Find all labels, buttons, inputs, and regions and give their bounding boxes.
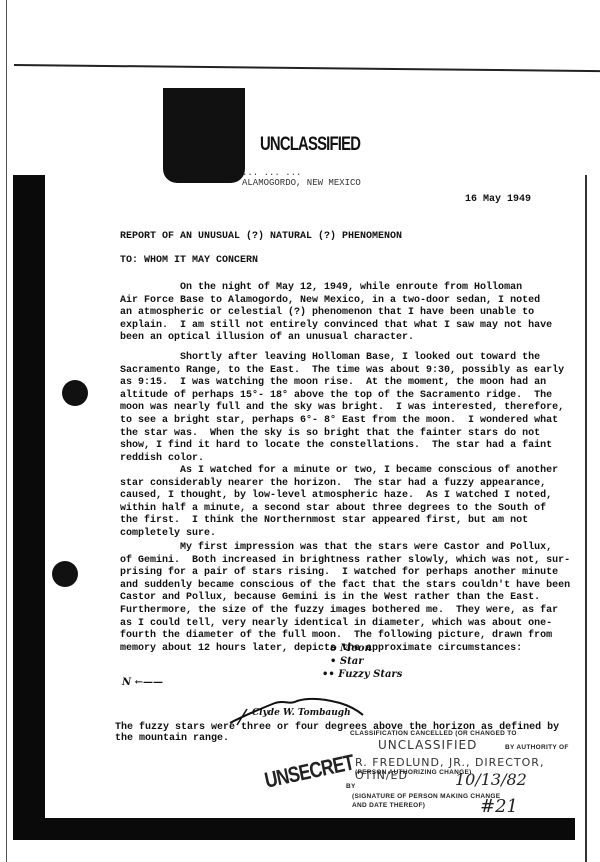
document-date: 16 May 1949: [465, 194, 531, 205]
sketch-legend-fuzzy-stars: •• Fuzzy Stars: [322, 669, 402, 680]
paragraph-2: Shortly after leaving Holloman Base, I l…: [120, 352, 550, 465]
declass-signature-label-1: (SIGNATURE OF PERSON MAKING CHANGE: [352, 793, 500, 800]
salutation: TO: WHOM IT MAY CONCERN: [120, 255, 258, 266]
declass-header: CLASSIFICATION CANCELLED (OR CHANGED TO: [350, 730, 517, 737]
declass-date: 10/13/82: [455, 770, 527, 789]
paragraph-1: On the night of May 12, 1949, while enro…: [120, 282, 550, 345]
scan-top-line: [14, 64, 600, 72]
north-arrow: N ←——: [122, 677, 163, 688]
declass-by: BY: [346, 783, 356, 790]
redaction-block: [163, 88, 245, 183]
declass-signature-label-2: AND DATE THEREOF): [352, 802, 425, 809]
sketch-legend-moon: o Moon: [330, 643, 372, 654]
paragraph-4: My first impression was that the stars w…: [120, 542, 550, 655]
document-subject: REPORT OF AN UNUSUAL (?) NATURAL (?) PHE…: [120, 231, 402, 242]
scan-edge-left: [6, 0, 7, 862]
address-line-2: ALAMOGORDO, NEW MEXICO: [242, 178, 361, 188]
sketch-legend-star: • Star: [330, 656, 363, 667]
declass-by-authority: BY AUTHORITY OF: [505, 744, 569, 751]
page-number: #21: [480, 796, 518, 817]
paragraph-3: As I watched for a minute or two, I beca…: [120, 465, 550, 541]
punch-hole-lower: [52, 561, 78, 587]
unsecret-overstamp: UNSECRET: [262, 749, 356, 793]
address-line-1: ... ... ...: [242, 168, 361, 178]
declass-new-class: UNCLASSIFIED: [378, 738, 477, 752]
signature: Clyde W. Tombaugh: [252, 708, 351, 718]
scan-bottom-black-bar: [13, 818, 575, 840]
scan-left-black-bar: [13, 175, 45, 827]
classification-stamp-top: UNCLASSIFIED: [260, 134, 360, 156]
letterhead-address: ... ... ... ALAMOGORDO, NEW MEXICO: [242, 168, 361, 188]
punch-hole-upper: [62, 380, 88, 406]
